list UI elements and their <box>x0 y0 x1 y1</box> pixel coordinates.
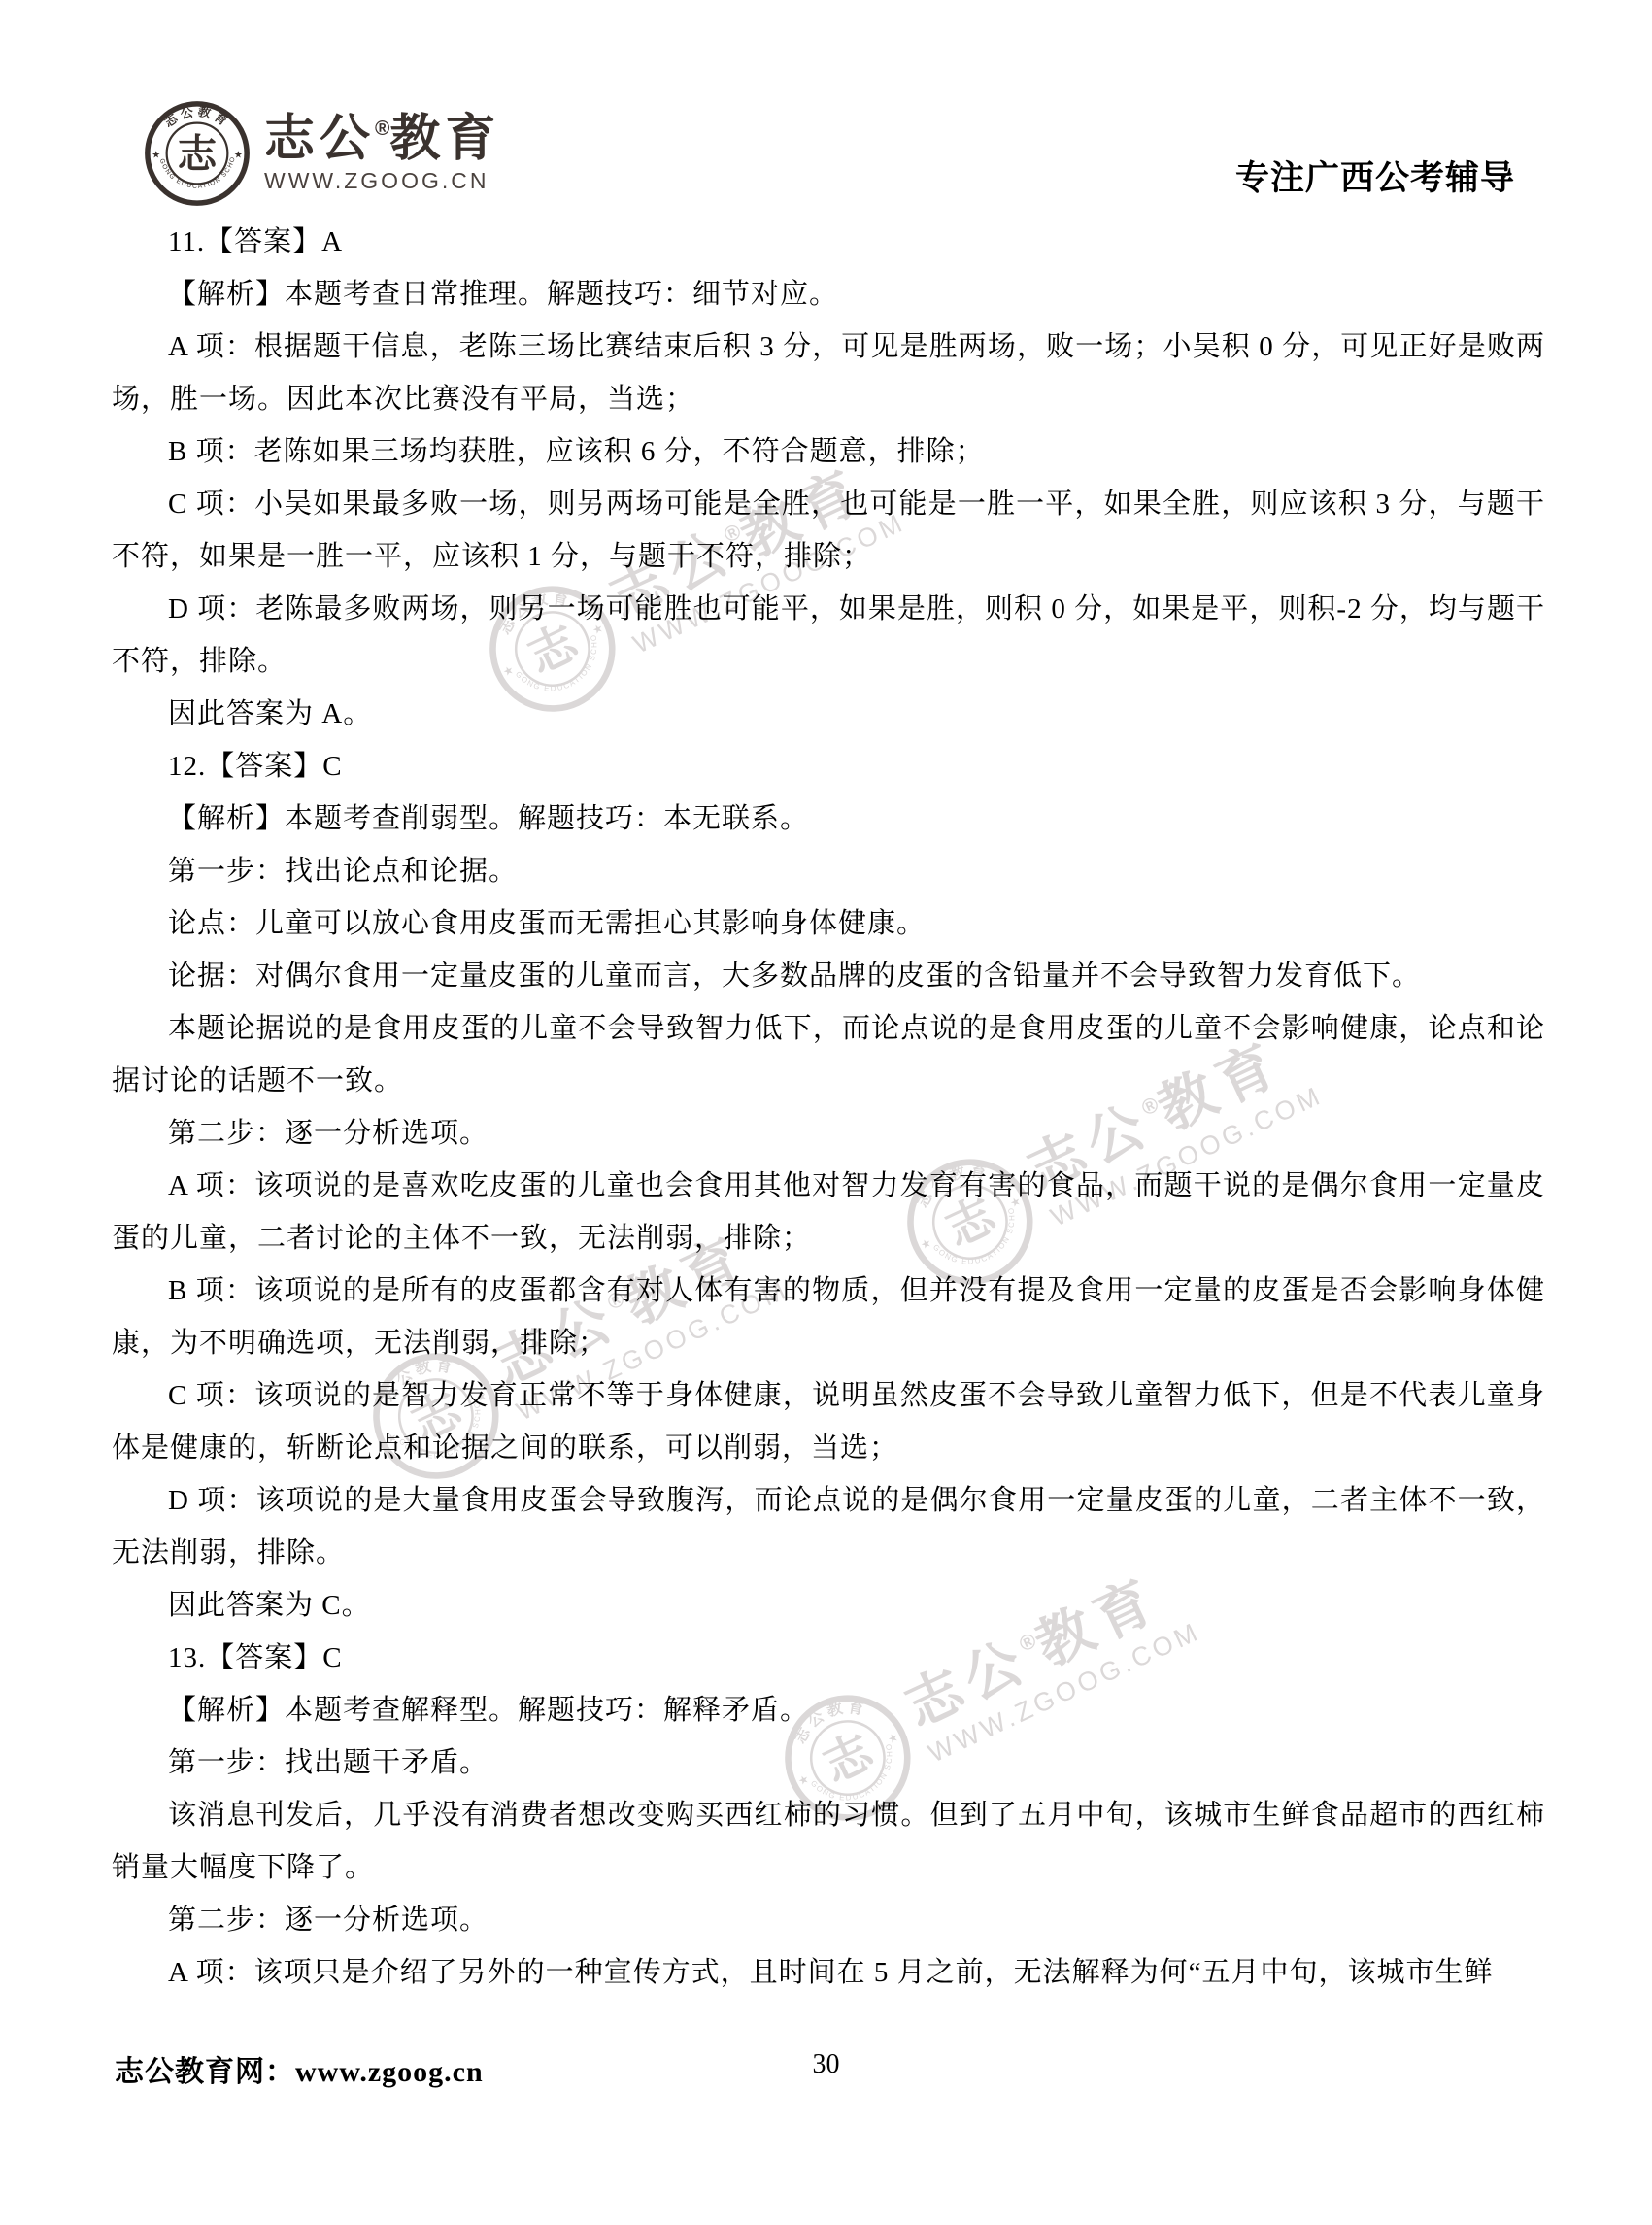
answer-line-q11: 【解析】本题考查日常推理。解题技巧：细节对应。 <box>112 268 1545 320</box>
answer-line-q12: D 项：该项说的是大量食用皮蛋会导致腹泻，而论点说的是偶尔食用一定量皮蛋的儿童，… <box>112 1474 1545 1579</box>
answer-line-q13: 该消息刊发后，几乎没有消费者想改变购买西红柿的习惯。但到了五月中旬，该城市生鲜食… <box>112 1789 1545 1894</box>
answer-line-q11: C 项：小吴如果最多败一场，则另两场可能是全胜，也可能是一胜一平，如果全胜，则应… <box>112 478 1545 583</box>
answer-line-q13: 第一步：找出题干矛盾。 <box>112 1736 1545 1789</box>
answer-line-q13: A 项：该项只是介绍了另外的一种宣传方式，且时间在 5 月之前，无法解释为何“五… <box>112 1946 1545 1999</box>
answer-line-q11: B 项：老陈如果三场均获胜，应该积 6 分，不符合题意，排除； <box>112 425 1545 478</box>
brand-seal-icon <box>144 100 251 207</box>
brand-logo: 志公®教育 WWW.ZGOOG.CN <box>144 100 500 207</box>
header-tagline: 专注广西公考辅导 <box>1235 152 1515 200</box>
registered-trademark-icon: ® <box>375 118 389 140</box>
brand-url: WWW.ZGOOG.CN <box>264 168 500 194</box>
answer-line-q12: 第二步：逐一分析选项。 <box>112 1107 1545 1160</box>
document-page: 志公教育 ZHIGONG EDUCATION SCHOOL ★ ★ 志 志公®教… <box>0 0 1652 2225</box>
answer-line-q12: 论点：儿童可以放心食用皮蛋而无需担心其影响身体健康。 <box>112 897 1545 950</box>
answer-line-q12: 第一步：找出论点和论据。 <box>112 845 1545 897</box>
answer-line-q11: D 项：老陈最多败两场，则另一场可能胜也可能平，如果是胜，则积 0 分，如果是平… <box>112 583 1545 688</box>
answer-line-q13: 13.【答案】C <box>112 1632 1545 1684</box>
answer-line-q12: A 项：该项说的是喜欢吃皮蛋的儿童也会食用其他对智力发育有害的食品，而题干说的是… <box>112 1160 1545 1264</box>
answer-line-q12: 因此答案为 C。 <box>112 1579 1545 1632</box>
answer-line-q12: 论据：对偶尔食用一定量皮蛋的儿童而言，大多数品牌的皮蛋的含铅量并不会导致智力发育… <box>112 950 1545 1002</box>
answer-line-q11: A 项：根据题干信息，老陈三场比赛结束后积 3 分，可见是胜两场，败一场；小吴积… <box>112 320 1545 425</box>
brand-name: 志公®教育 <box>264 113 500 166</box>
answer-line-q11: 11.【答案】A <box>112 216 1545 268</box>
document-body: 11.【答案】A【解析】本题考查日常推理。解题技巧：细节对应。A 项：根据题干信… <box>112 216 1545 2024</box>
page-number: 30 <box>0 2049 1652 2080</box>
answer-line-q12: B 项：该项说的是所有的皮蛋都含有对人体有害的物质，但并没有提及食用一定量的皮蛋… <box>112 1264 1545 1369</box>
answer-line-q11: 因此答案为 A。 <box>112 688 1545 740</box>
answer-line-q13: 第二步：逐一分析选项。 <box>112 1894 1545 1946</box>
answer-line-q12: 【解析】本题考查削弱型。解题技巧：本无联系。 <box>112 792 1545 845</box>
answer-line-q12: C 项：该项说的是智力发育正常不等于身体健康，说明虽然皮蛋不会导致儿童智力低下，… <box>112 1369 1545 1474</box>
page-footer: 志公教育网：www.zgoog.cn 30 <box>0 2047 1652 2090</box>
answer-line-q13: 【解析】本题考查解释型。解题技巧：解释矛盾。 <box>112 1684 1545 1736</box>
answer-line-q12: 12.【答案】C <box>112 740 1545 792</box>
answer-line-q12: 本题论据说的是食用皮蛋的儿童不会导致智力低下，而论点说的是食用皮蛋的儿童不会影响… <box>112 1002 1545 1107</box>
